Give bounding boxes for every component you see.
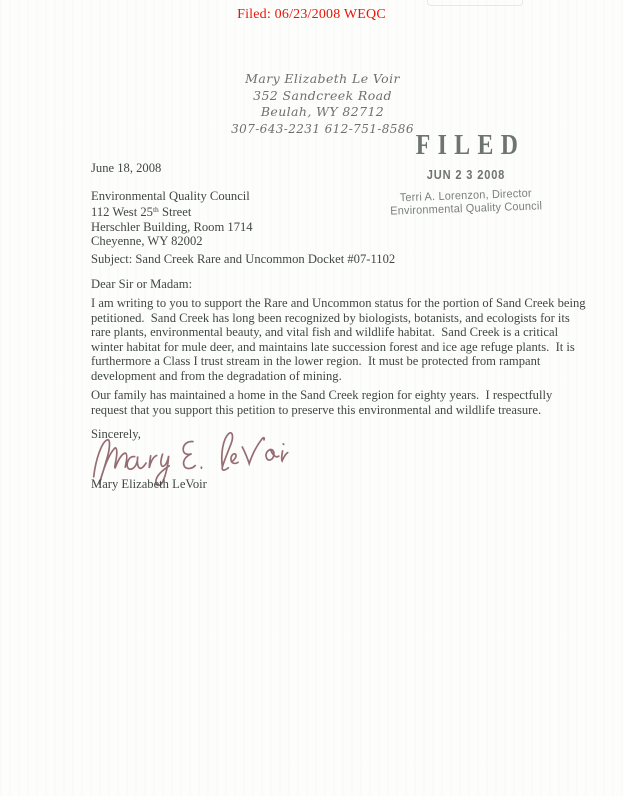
letterhead-name: Mary Elizabeth Le Voir bbox=[11, 71, 623, 88]
body-paragraph-2: Our family has maintained a home in the … bbox=[91, 388, 552, 417]
body-line: Our family has maintained a home in the … bbox=[91, 388, 552, 403]
recipient-org: Environmental Quality Council bbox=[91, 189, 253, 203]
recipient-city: Cheyenne, WY 82002 bbox=[91, 234, 253, 248]
body-line: petitioned. Sand Creek has long been rec… bbox=[91, 311, 586, 326]
scanned-letter-page: Filed: 06/23/2008 WEQC Mary Elizabeth Le… bbox=[0, 0, 623, 796]
scan-artifact bbox=[427, 0, 523, 6]
filed-stamp: FILED JUN 2 3 2008 Terri A. Lorenzon, Di… bbox=[386, 131, 546, 216]
body-line: furthermore a Class I trust stream in th… bbox=[91, 354, 586, 369]
stamp-signer-block: Terri A. Lorenzon, Director Environmenta… bbox=[390, 187, 543, 218]
filed-header: Filed: 06/23/2008 WEQC bbox=[0, 7, 623, 23]
letterhead: Mary Elizabeth Le Voir 352 Sandcreek Roa… bbox=[11, 71, 623, 137]
body-line: request that you support this petition t… bbox=[91, 403, 552, 418]
body-line: winter habitat for mule deer, and mainta… bbox=[91, 340, 586, 355]
body-line: rare plants, environmental beauty, and v… bbox=[91, 325, 586, 340]
recipient-building: Herschler Building, Room 1714 bbox=[91, 220, 253, 234]
recipient-address: Environmental Quality Council 112 West 2… bbox=[91, 189, 253, 248]
typed-signature-name: Mary Elizabeth LeVoir bbox=[91, 477, 207, 491]
letterhead-street: 352 Sandcreek Road bbox=[11, 88, 623, 105]
subject-line: Subject: Sand Creek Rare and Uncommon Do… bbox=[91, 252, 395, 266]
body-line: development and from the degradation of … bbox=[91, 369, 586, 384]
body-paragraph-1: I am writing to you to support the Rare … bbox=[91, 296, 586, 384]
letter-date: June 18, 2008 bbox=[91, 161, 161, 175]
letterhead-city: Beulah, WY 82712 bbox=[11, 104, 623, 121]
body-line: I am writing to you to support the Rare … bbox=[91, 296, 586, 311]
recipient-street: 112 West 25th Street bbox=[91, 203, 253, 219]
stamp-filed-text: FILED bbox=[401, 131, 540, 160]
stamp-date: JUN 2 3 2008 bbox=[398, 167, 534, 182]
salutation: Dear Sir or Madam: bbox=[91, 277, 192, 291]
